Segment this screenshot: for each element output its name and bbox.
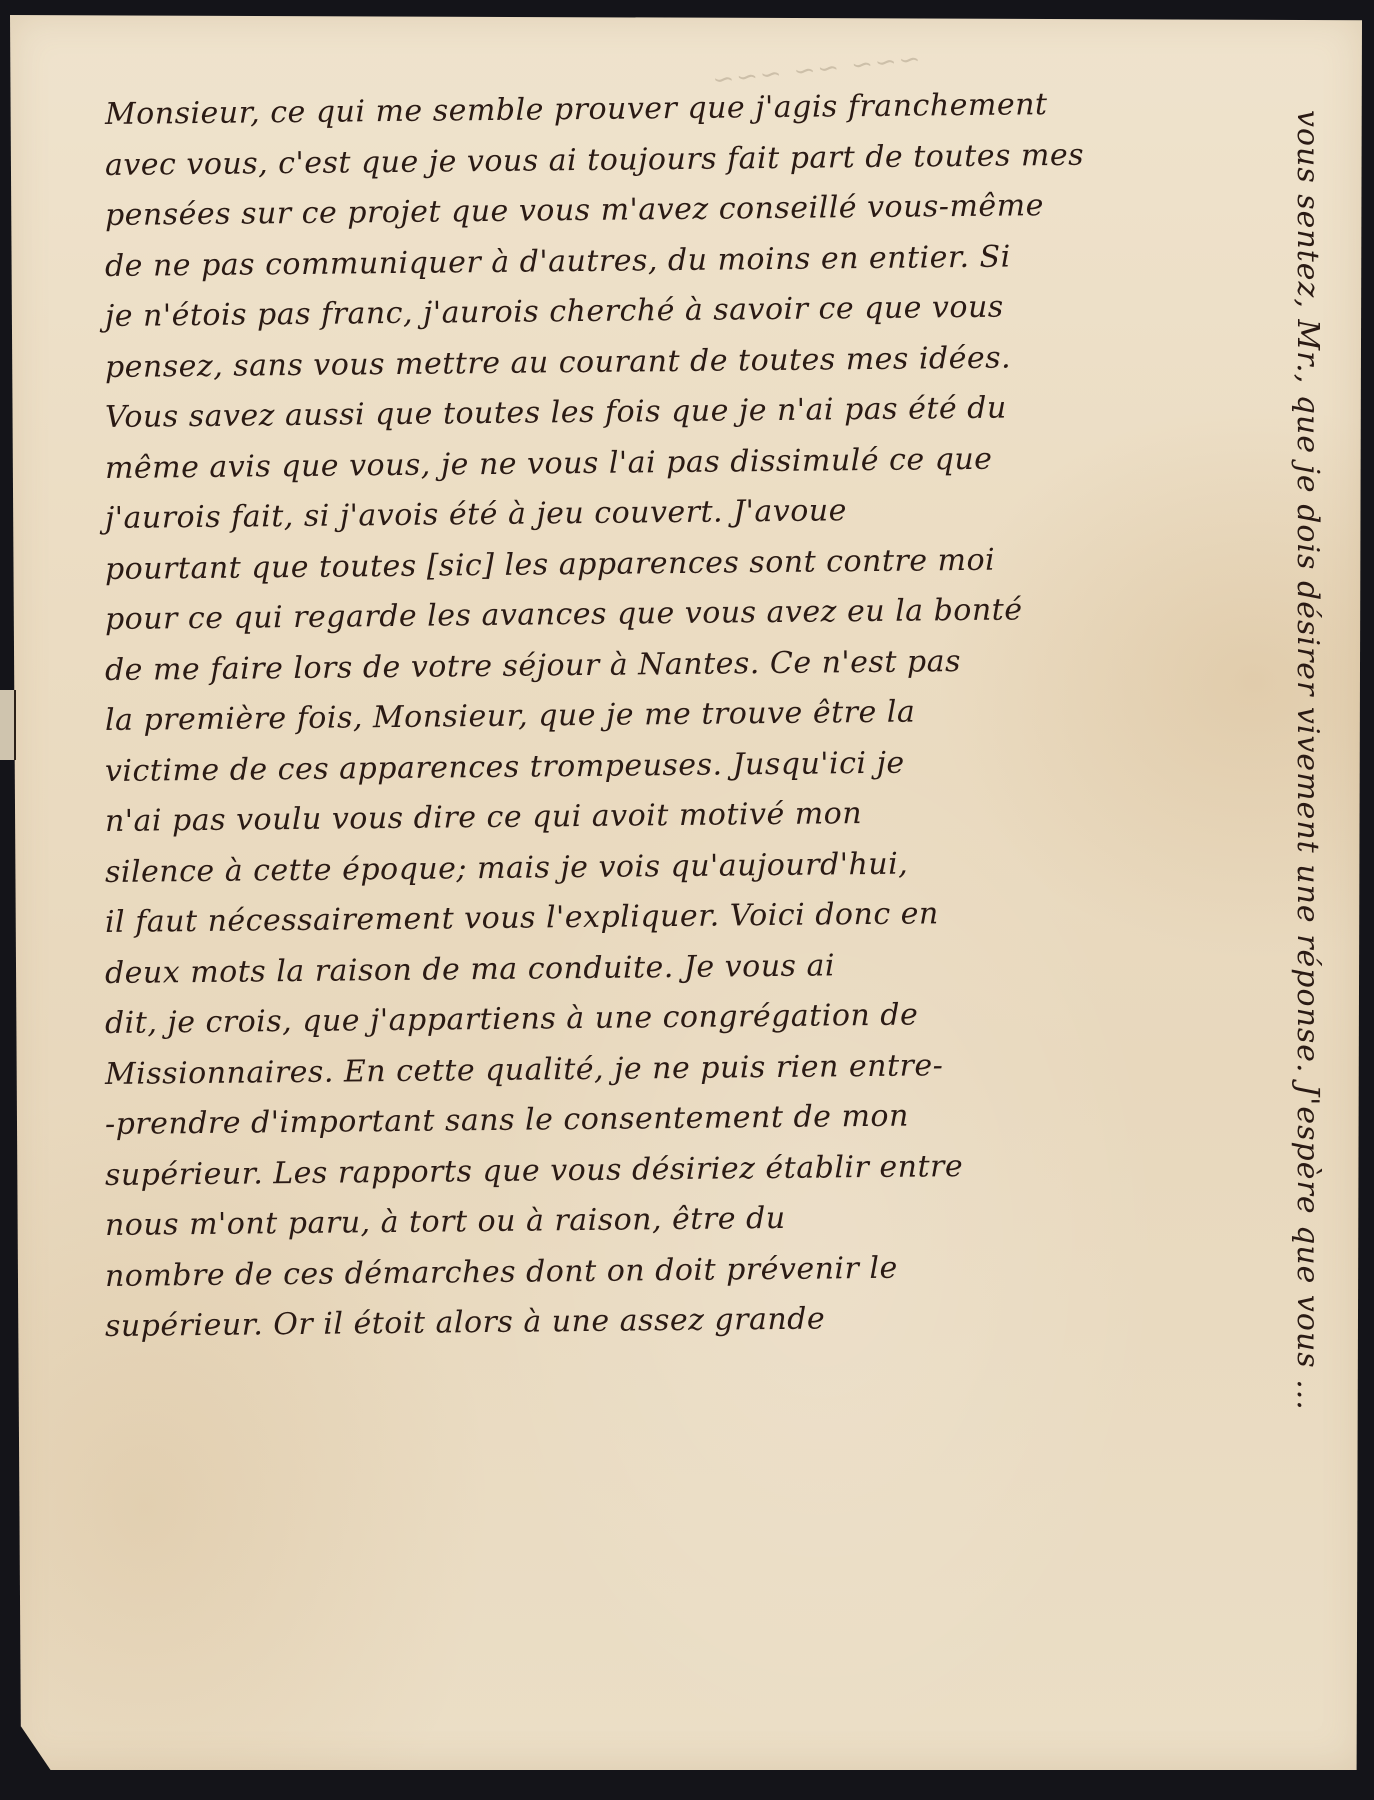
vertical-margin-note: vous sentez, Mr., que je dois désirer vi… — [1290, 110, 1325, 1360]
attached-paper-tab — [0, 690, 16, 760]
letter-page: ~~~ ~~ ~~~ Monsieur, ce qui me semble pr… — [10, 15, 1362, 1770]
letter-body: Monsieur, ce qui me semble prouver que j… — [105, 90, 1305, 1353]
